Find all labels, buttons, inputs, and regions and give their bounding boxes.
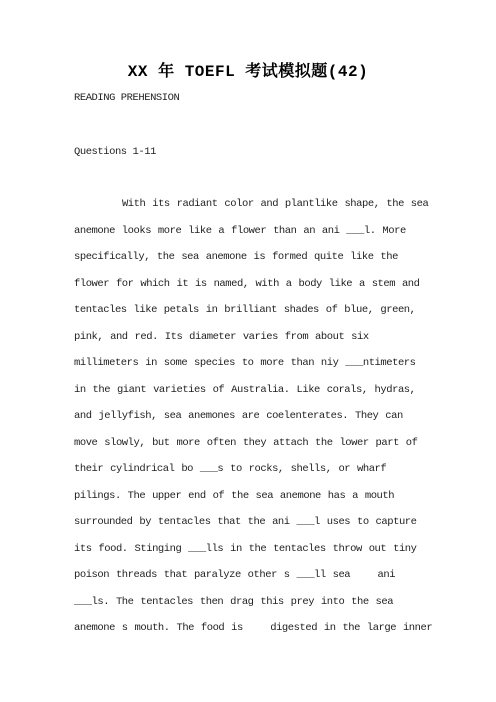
text-line: and jellyfish, sea anemones are coelente… [74,403,456,430]
text-line: in the giant varieties of Australia. Lik… [74,377,456,404]
text-line: pink, and red. Its diameter varies from … [74,324,456,351]
text-line: pilings. The upper end of the sea anemon… [74,483,456,510]
text-line: ___ls. The tentacles then drag this prey… [74,589,456,616]
text-line: their cylindrical bo ___s to rocks, shel… [74,456,456,483]
text-line: poison threads that paralyze other s ___… [74,562,456,589]
text-line: tentacles like petals in brilliant shade… [74,297,456,324]
text-line: flower for which it is named, with a bod… [74,271,456,298]
text-line: surrounded by tentacles that the ani ___… [74,509,456,536]
questions-heading: Questions 1-11 [74,139,156,166]
text-line: its food. Stinging ___lls in the tentacl… [74,536,456,563]
text-line: With its radiant color and plantlike sha… [74,191,456,218]
text-line: millimeters in some species to more than… [74,350,456,377]
text-line: move slowly, but more often they attach … [74,430,456,457]
text-line: anemone looks more like a flower than an… [74,218,456,245]
text-line: anemone s mouth. The food is digested in… [74,615,456,642]
page-title: XX 年 TOEFL 考试模拟题(42) [0,58,496,81]
document-page: XX 年 TOEFL 考试模拟题(42) READING PREHENSION … [0,0,496,702]
section-heading: READING PREHENSION [74,85,179,112]
passage: With its radiant color and plantlike sha… [74,191,456,642]
text-line: specifically, the sea anemone is formed … [74,244,456,271]
